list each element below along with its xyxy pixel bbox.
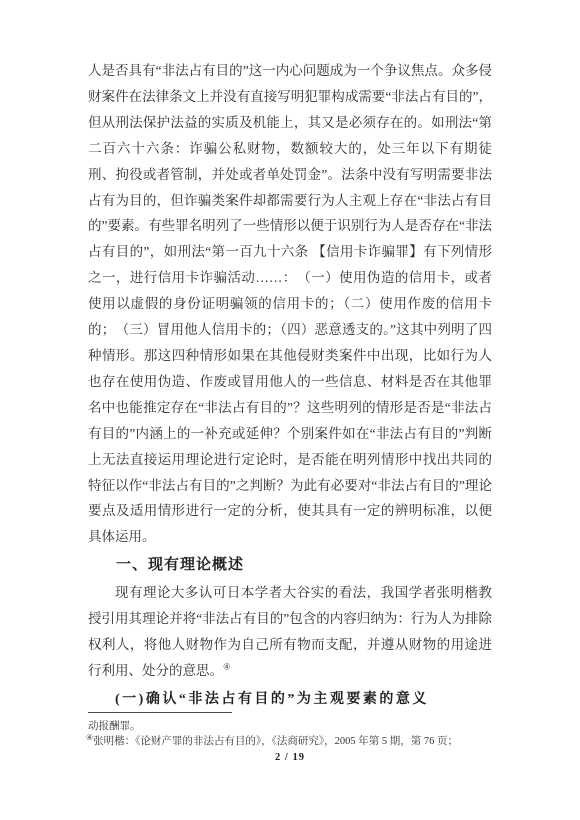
paragraph-theory-text: 现有理论大多认可日本学者大谷实的看法，我国学者张明楷教授引用其理论并将“非法占有… xyxy=(88,585,492,678)
footnote-4: ④张明楷：《论财产罪的非法占有目的》，《法商研究》，2005 年第 5 期，第 … xyxy=(88,734,492,749)
page-number: 2 / 19 xyxy=(0,752,580,763)
footnote-4-text: 张明楷：《论财产罪的非法占有目的》，《法商研究》，2005 年第 5 期，第 7… xyxy=(93,736,458,747)
footnote-reference-4: ④ xyxy=(223,661,231,671)
footnote-area: 动报酬罪。 ④张明楷：《论财产罪的非法占有目的》，《法商研究》，2005 年第 … xyxy=(88,712,492,749)
subsection-heading: (一)确认“非法占有目的”为主观要素的意义 xyxy=(88,689,492,710)
document-page: 人是否具有“非法占有目的”这一内心问题成为一个争议焦点。众多侵财案件在法律条文上… xyxy=(0,0,580,820)
paragraph-continuation: 人是否具有“非法占有目的”这一内心问题成为一个争议焦点。众多侵财案件在法律条文上… xyxy=(88,58,492,550)
page-body: 人是否具有“非法占有目的”这一内心问题成为一个争议焦点。众多侵财案件在法律条文上… xyxy=(88,58,492,710)
section-heading: 一、现有理论概述 xyxy=(88,553,492,577)
paragraph-theory: 现有理论大多认可日本学者大谷实的看法，我国学者张明楷教授引用其理论并将“非法占有… xyxy=(88,580,492,684)
footnote-divider xyxy=(88,712,232,713)
footnote-continuation: 动报酬罪。 xyxy=(88,719,492,734)
